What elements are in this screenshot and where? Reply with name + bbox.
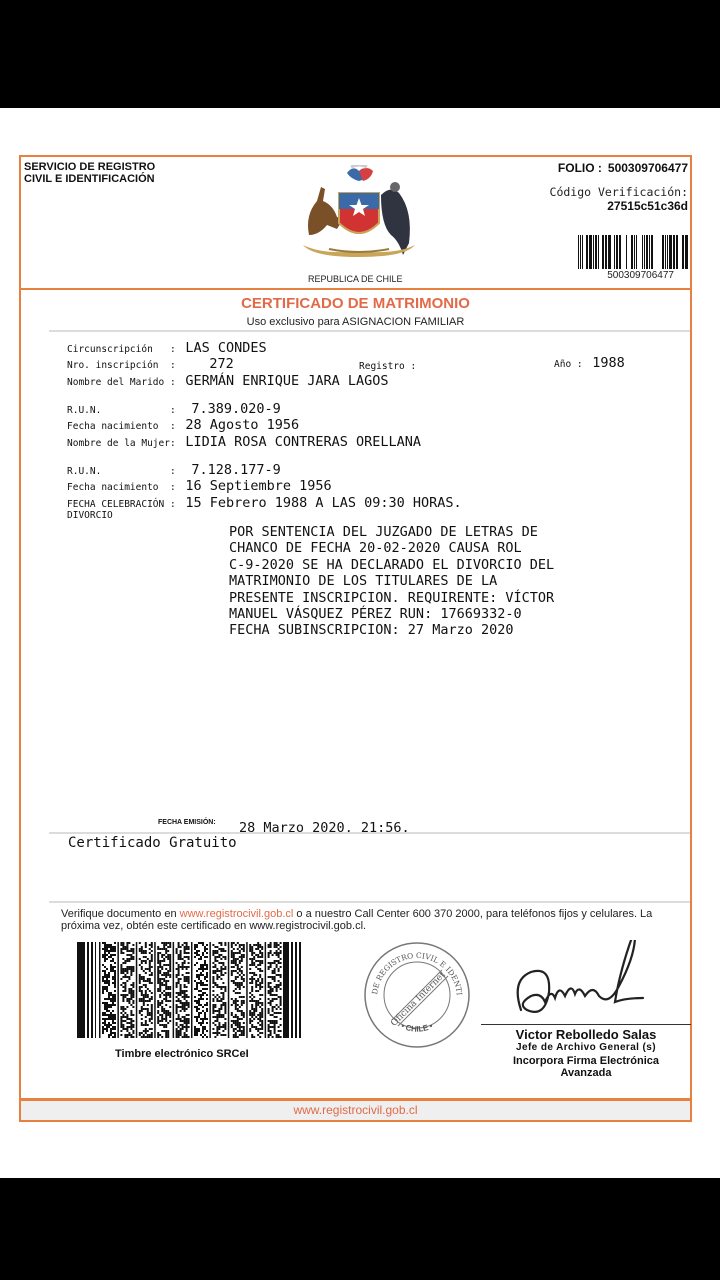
divorce-label: DIVORCIO [67, 510, 113, 521]
verification-prefix: Verifique documento en [61, 908, 180, 920]
verification-code: 27515c51c36d [607, 199, 688, 213]
country-label: REPUBLICA DE CHILE [308, 274, 403, 284]
cost-note: Certificado Gratuito [68, 835, 237, 851]
certificate-subtitle: Uso exclusivo para ASIGNACION FAMILIAR [21, 316, 690, 328]
barcode-number: 500309706477 [607, 270, 674, 281]
field-label: Año : [554, 359, 583, 370]
footer-url[interactable]: www.registrocivil.gob.cl [21, 1101, 690, 1120]
folio-label: FOLIO : [558, 161, 602, 175]
field-value: 15 Febrero 1988 A LAS 09:30 HORAS. [185, 495, 461, 511]
issuing-organization: SERVICIO DE REGISTRO CIVIL E IDENTIFICAC… [24, 161, 155, 185]
signature-line [481, 1024, 691, 1025]
field-husband-name: Nombre del Marido : GERMÁN ENRIQUE JARA … [67, 370, 389, 389]
folio-barcode [578, 235, 688, 269]
organization-line-1: SERVICIO DE REGISTRO [24, 161, 155, 173]
verification-divider [49, 901, 690, 903]
field-value: LIDIA ROSA CONTRERAS ORELLANA [185, 434, 421, 450]
field-value: 1988 [592, 355, 625, 371]
folio-number: 500309706477 [608, 161, 688, 175]
field-wife-name: Nombre de la Mujer: LIDIA ROSA CONTRERAS… [67, 431, 421, 450]
field-label: Nombre de la Mujer: [67, 438, 176, 449]
verification-label: Código Verificación: [550, 185, 688, 199]
issue-date-label: FECHA EMISIÓN: [158, 819, 216, 826]
svg-text:SERVICIO DE REGISTRO CIVIL E I: SERVICIO DE REGISTRO CIVIL E IDENTIFICAC… [362, 940, 464, 997]
marriage-certificate: SERVICIO DE REGISTRO CIVIL E IDENTIFICAC… [19, 155, 692, 1122]
electronic-seal-barcode-icon [77, 942, 301, 1038]
header-divider [21, 288, 690, 290]
chile-coat-of-arms-icon [289, 165, 429, 265]
signature-note-line-2: Avanzada [481, 1067, 691, 1079]
field-value: GERMÁN ENRIQUE JARA LAGOS [185, 373, 388, 389]
signature-icon [501, 940, 681, 1030]
field-celebration-date: FECHA CELEBRACIÓN : 15 Febrero 1988 A LA… [67, 492, 462, 511]
divorce-annotation: POR SENTENCIA DEL JUZGADO DE LETRAS DE C… [229, 524, 554, 639]
status-bar-area [0, 0, 720, 108]
signatory-role: Jefe de Archivo General (s) [481, 1042, 691, 1053]
certificate-title: CERTIFICADO DE MATRIMONIO [21, 295, 690, 312]
field-anio: Año : 1988 [554, 352, 625, 371]
field-label: Nombre del Marido : [67, 377, 176, 388]
electronic-seal-label: Timbre electrónico SRCeI [115, 1048, 249, 1060]
section-divider [49, 330, 690, 332]
signature-note-line-1: Incorpora Firma Electrónica [481, 1055, 691, 1067]
field-label: FECHA CELEBRACIÓN : [67, 499, 176, 510]
folio: FOLIO :500309706477 [558, 161, 688, 175]
office-stamp-icon: SERVICIO DE REGISTRO CIVIL E IDENTIFICAC… [362, 940, 472, 1050]
svg-text:• CHILE •: • CHILE • [400, 1021, 435, 1034]
organization-line-2: CIVIL E IDENTIFICACIÓN [24, 173, 155, 185]
verification-text: Verifique documento en www.registrocivil… [61, 908, 681, 932]
navigation-bar-area [0, 1178, 720, 1280]
signatory-name: Victor Rebolledo Salas [481, 1027, 691, 1042]
registro-civil-link[interactable]: www.registrocivil.gob.cl [180, 908, 294, 920]
issue-divider [49, 832, 690, 834]
